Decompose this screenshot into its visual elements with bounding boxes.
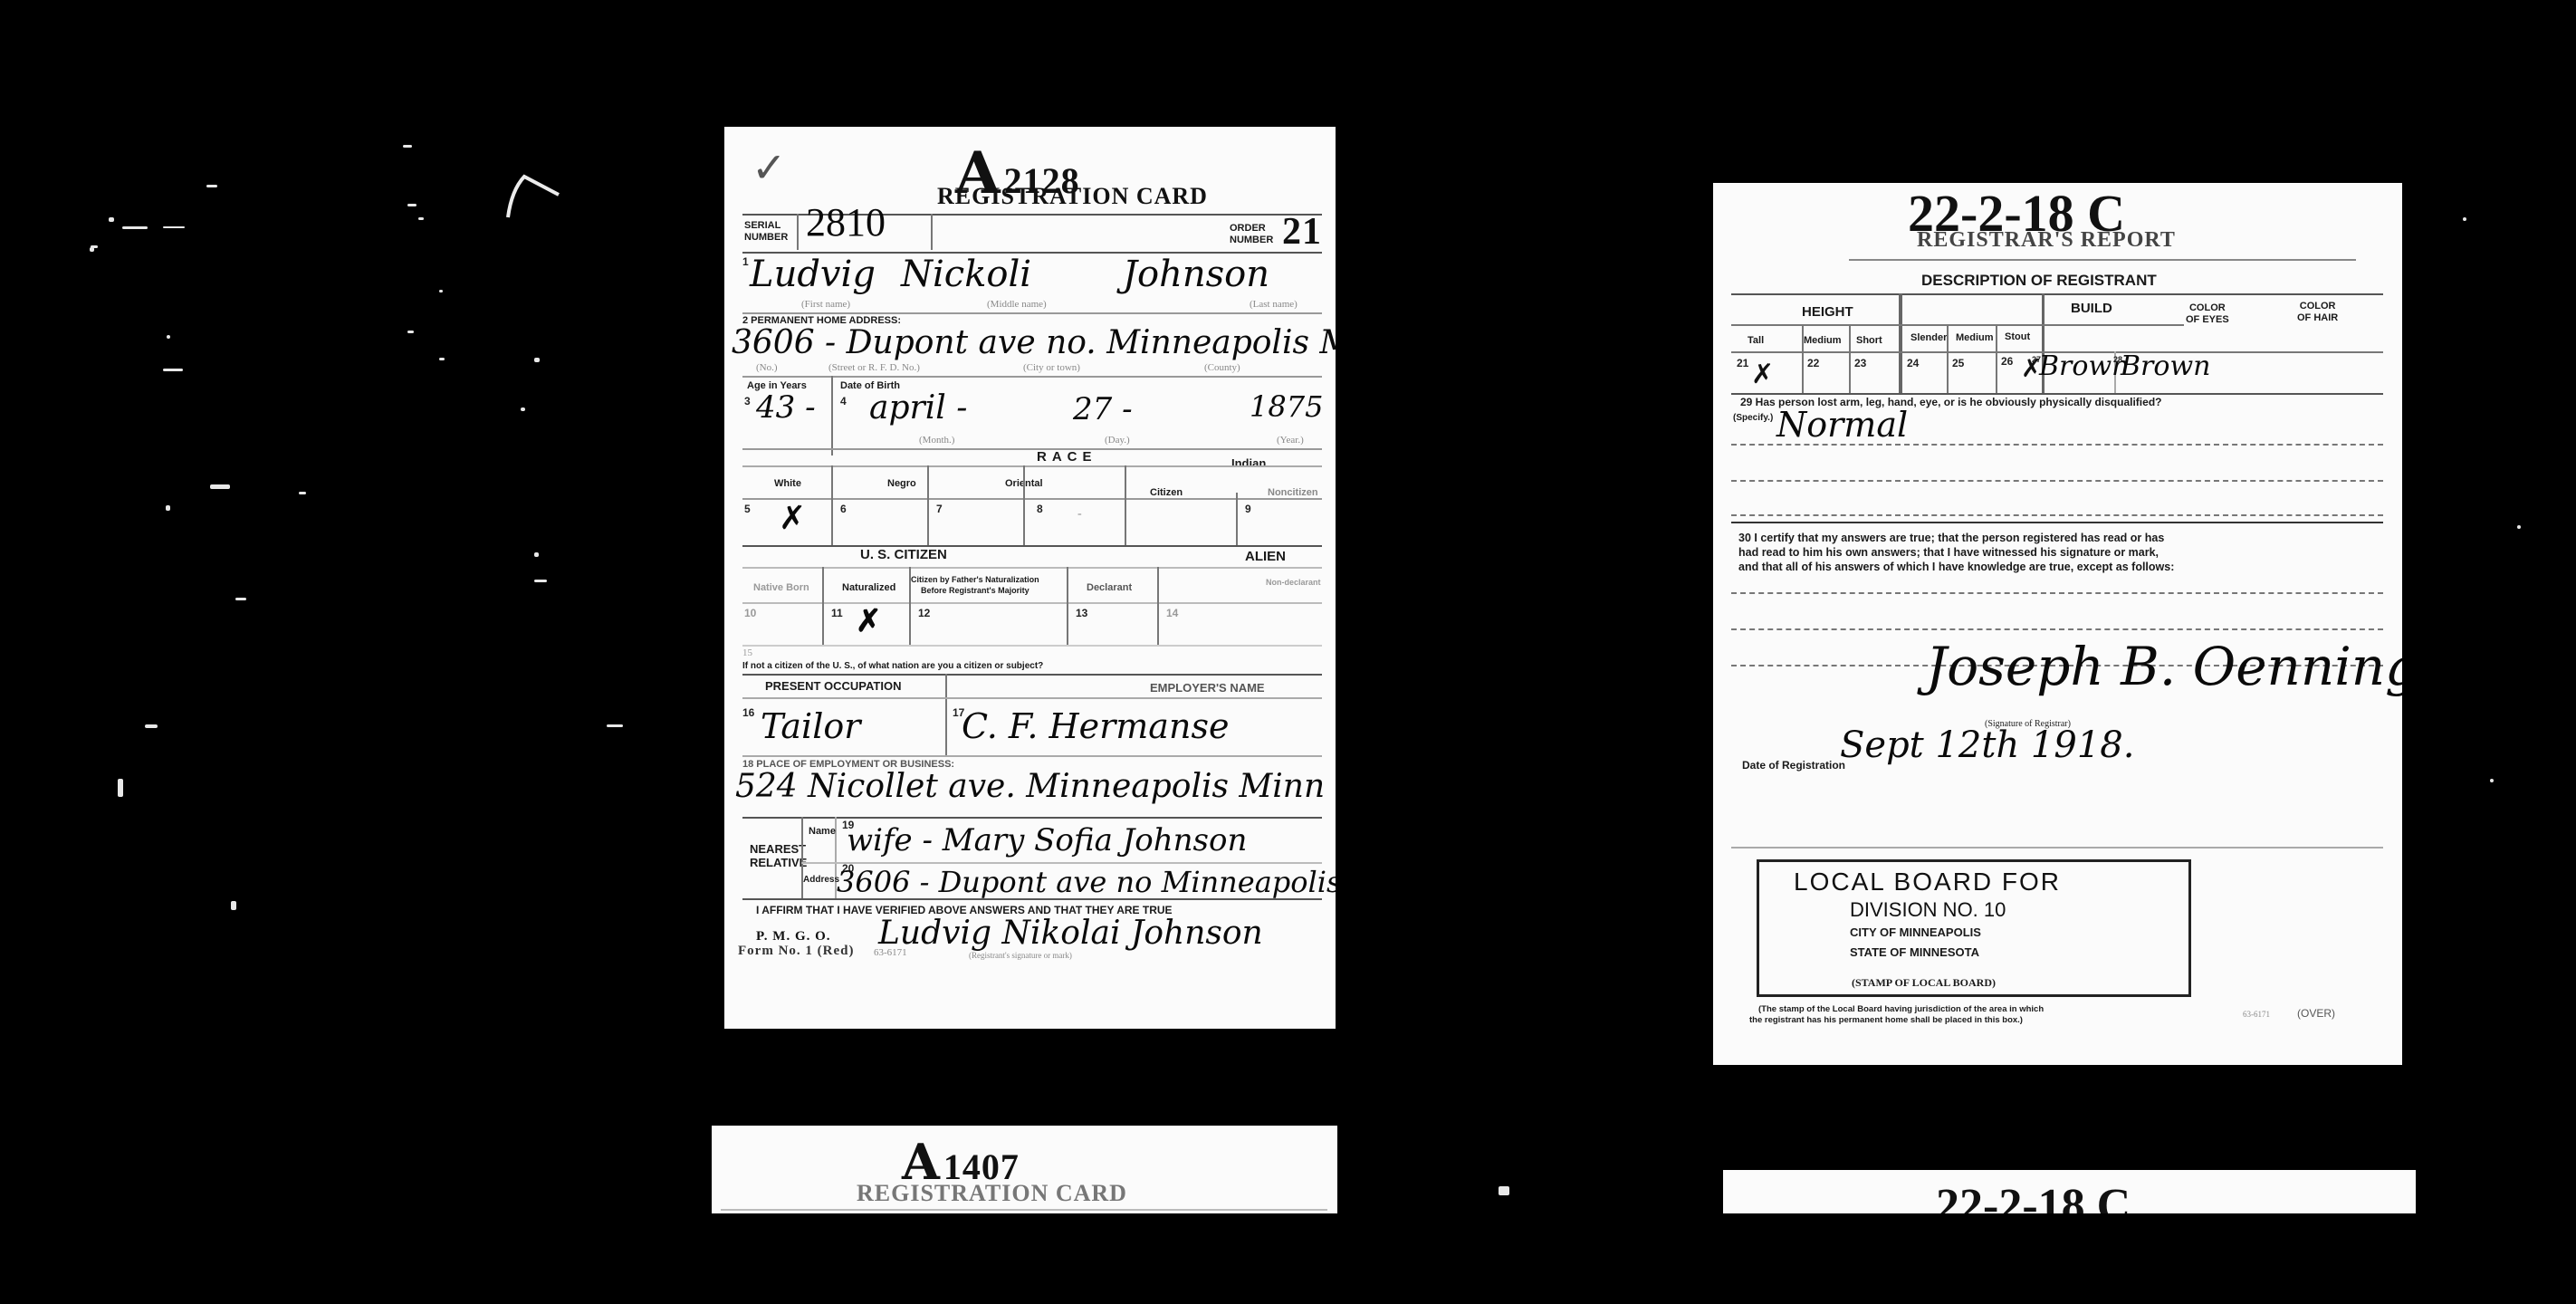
local-board-stamp: LOCAL BOARD FOR DIVISION NO. 10 CITY OF … <box>1757 859 2191 997</box>
registration-card-front: ✓ A 2128 REGISTRATION CARD SERIALNUMBER … <box>724 127 1336 1029</box>
over-label: (OVER) <box>2297 1007 2335 1020</box>
race-white-mark: ✗ <box>779 500 806 537</box>
nationality-question: If not a citizen of the U. S., of what n… <box>742 661 1043 671</box>
film-speck <box>231 901 236 910</box>
next-form-code: 22-2-18 C <box>1936 1179 2131 1213</box>
film-speck <box>534 358 540 362</box>
form-number-label: Form No. 1 (Red) <box>738 944 854 959</box>
date-of-registration-label: Date of Registration <box>1742 759 1845 772</box>
film-speck <box>2517 525 2521 529</box>
film-speck <box>235 598 246 600</box>
order-number: 21 <box>1282 210 1322 254</box>
film-speck <box>534 552 539 557</box>
stamp-instructions: (The stamp of the Local Board having jur… <box>1749 1004 2044 1026</box>
film-speck <box>2463 217 2466 221</box>
film-speck <box>418 217 424 220</box>
registrant-signature: Ludvig Nikolai Johnson <box>878 915 1263 952</box>
occupation-header: PRESENT OCCUPATION <box>765 679 901 693</box>
description-header: DESCRIPTION OF REGISTRANT <box>1921 272 2157 290</box>
registrars-report-card: 22-2-18 C REGISTRAR'S REPORT DESCRIPTION… <box>1713 183 2402 1065</box>
film-speck <box>521 407 525 411</box>
film-speck <box>607 724 623 727</box>
eye-color-header: COLOROF EYES <box>2186 302 2229 326</box>
film-speck <box>163 369 183 371</box>
height-header: HEIGHT <box>1802 304 1853 320</box>
age: 43 - <box>756 389 816 426</box>
home-address: 3606 - Dupont ave no. Minneapolis Minn <box>732 324 1336 361</box>
us-citizen-header: U. S. CITIZEN <box>860 547 947 562</box>
next-registrars-report-card: 22-2-18 C <box>1723 1170 2416 1213</box>
alien-header: ALIEN <box>1245 549 1286 564</box>
serial-number: 2810 <box>806 199 886 245</box>
film-speck <box>206 185 217 187</box>
film-speck <box>163 226 185 228</box>
film-speck <box>118 779 123 797</box>
registrar-signature: Joseph B. Oenning <box>1926 636 2402 697</box>
employer-name: C. F. Hermanse <box>962 706 1229 746</box>
dob-month: april - <box>869 389 967 427</box>
film-speck <box>439 358 445 360</box>
report-title: REGISTRAR'S REPORT <box>1917 228 2176 253</box>
film-speck <box>1499 1186 1509 1195</box>
film-speck <box>210 484 230 489</box>
check-mark: ✓ <box>752 143 787 192</box>
employer-header: EMPLOYER'S NAME <box>1150 681 1265 695</box>
film-speck <box>122 226 148 229</box>
film-speck <box>299 492 306 494</box>
film-speck <box>407 204 417 206</box>
film-speck <box>407 331 414 333</box>
last-name: Johnson <box>1123 254 1269 295</box>
race-header: RACE <box>1037 449 1097 465</box>
dob-year: 1875 <box>1250 389 1323 424</box>
nearest-relative-label: NEARESTRELATIVE <box>750 842 807 869</box>
naturalized-mark: ✗ <box>856 603 882 639</box>
indian-header: Indian <box>1231 456 1266 470</box>
tall-mark: ✗ <box>1751 359 1774 390</box>
hair-color: Brown <box>2121 350 2210 382</box>
middle-name: Nickoli <box>901 254 1031 295</box>
film-speck <box>109 217 114 222</box>
physical-condition: Normal <box>1776 405 1908 445</box>
employment-address: 524 Nicollet ave. Minneapolis Minn <box>735 768 1325 805</box>
film-speck <box>91 245 98 248</box>
film-scratch <box>503 168 566 222</box>
registrar-certification: 30 I certify that my answers are true; t… <box>1738 531 2174 574</box>
occupation: Tailor <box>761 706 860 746</box>
card-title: REGISTRATION CARD <box>937 183 1208 210</box>
film-speck <box>145 724 158 728</box>
next-card-title: REGISTRATION CARD <box>857 1180 1127 1207</box>
next-registration-card: A 1407 REGISTRATION CARD <box>712 1126 1337 1213</box>
first-name: Ludvig <box>750 254 876 295</box>
serial-number-label: SERIALNUMBER <box>744 220 788 244</box>
relative-address: 3606 - Dupont ave no Minneapolis <box>837 865 1336 899</box>
film-speck <box>2490 779 2494 782</box>
film-speck <box>167 335 170 339</box>
hair-color-header: COLOROF HAIR <box>2297 301 2338 324</box>
date-of-registration: Sept 12th 1918. <box>1840 724 2134 766</box>
film-speck <box>439 290 443 292</box>
dob-day: 27 - <box>1073 391 1133 427</box>
relative-name: wife - Mary Sofia Johnson <box>847 822 1247 858</box>
film-speck <box>166 505 170 511</box>
film-speck <box>534 580 547 582</box>
build-header: BUILD <box>2071 301 2112 316</box>
film-speck <box>403 145 412 148</box>
order-number-label: ORDERNUMBER <box>1230 223 1273 246</box>
